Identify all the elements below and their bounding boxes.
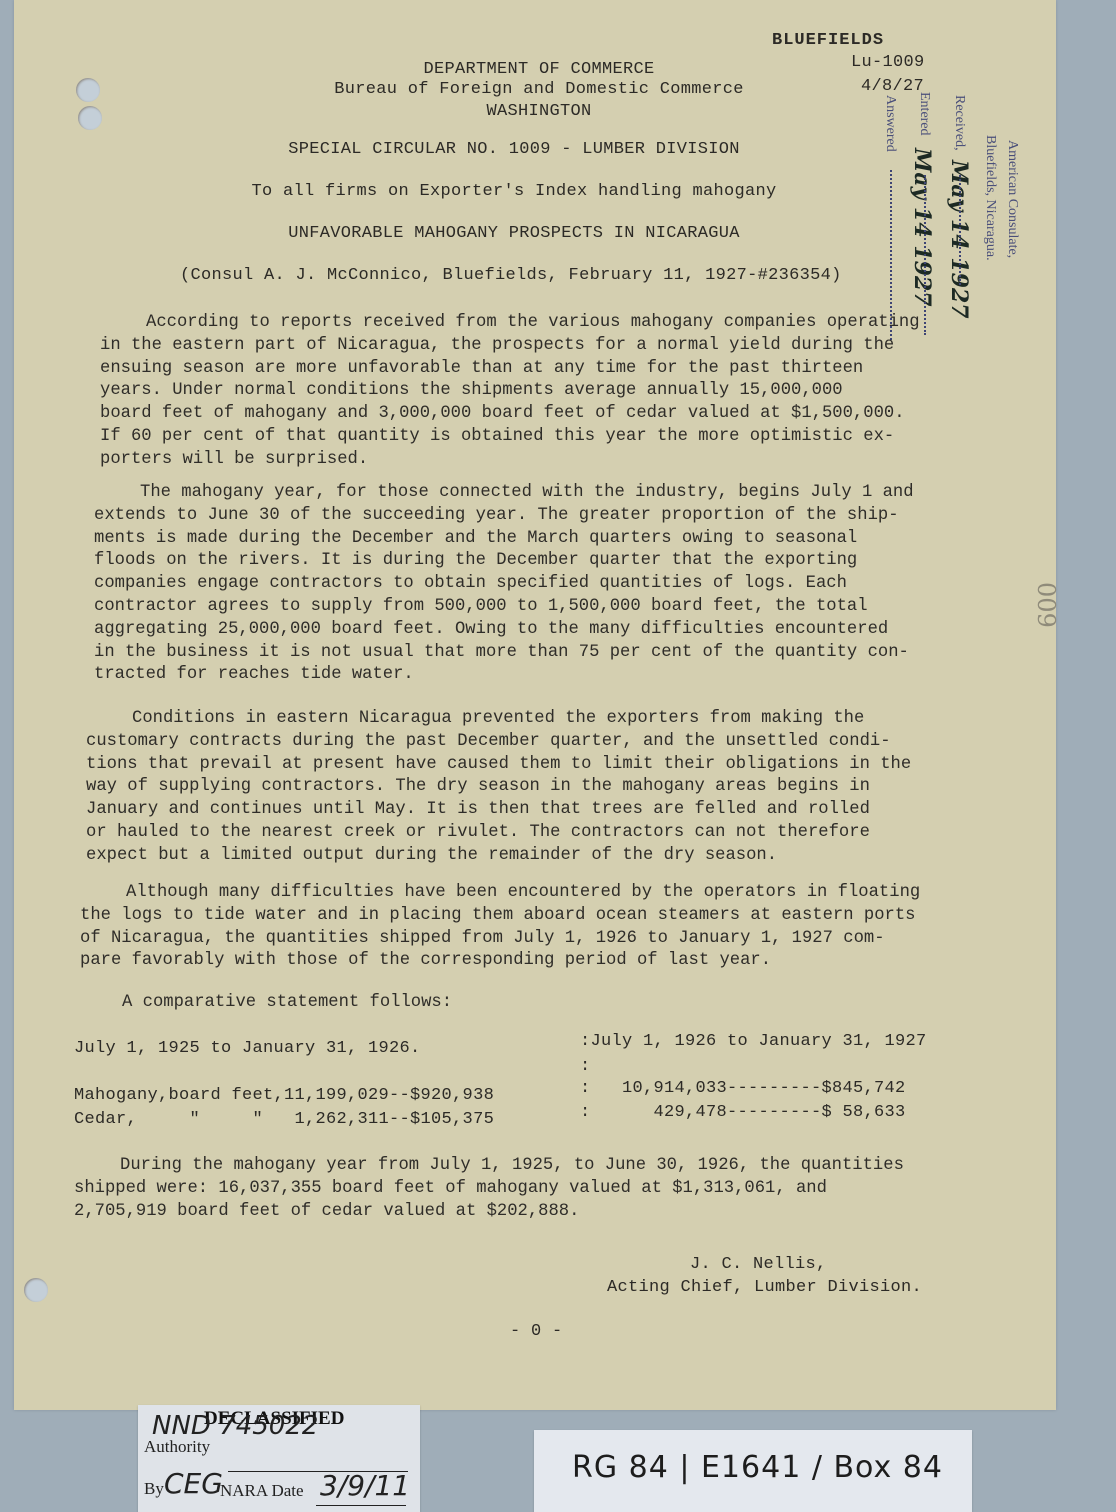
table-row-cedar-period-2: : 429,478---------$ 58,633 <box>580 1101 906 1124</box>
file-number: Lu-1009 <box>851 51 925 74</box>
table-header-period-1: July 1, 1925 to January 31, 1926. <box>74 1037 421 1060</box>
consulate-stamp-line2: Bluefields, Nicaragua. <box>982 135 998 261</box>
entered-label: Entered <box>916 92 932 136</box>
punch-hole <box>24 1278 48 1302</box>
archive-reference: RG 84 | E1641 / Box 84 <box>572 1450 943 1485</box>
bureau-heading: Bureau of Foreign and Domestic Commerce <box>294 78 784 101</box>
authority-value: NND 745022 <box>152 1411 318 1441</box>
answered-label: Answered <box>882 95 898 152</box>
punch-hole <box>76 78 100 102</box>
archive-label: RG 84 | E1641 / Box 84 <box>534 1430 972 1512</box>
table-row-mahogany-period-2: : 10,914,033---------$845,742 <box>580 1077 906 1100</box>
signature-title: Acting Chief, Lumber Division. <box>607 1276 922 1299</box>
paragraph-2: The mahogany year, for those connected w… <box>94 482 914 687</box>
consulate-stamp-line1: American Consulate, <box>1004 140 1020 258</box>
received-line <box>959 175 961 285</box>
paragraph-3: Conditions in eastern Nicaragua prevente… <box>86 708 911 868</box>
entered-date: May 14 1927 <box>909 148 935 307</box>
circular-subject: UNFAVORABLE MAHOGANY PROSPECTS IN NICARA… <box>164 222 864 245</box>
by-value: CEG <box>164 1467 223 1500</box>
paragraph-5: A comparative statement follows: <box>122 992 452 1015</box>
entered-line <box>924 175 926 335</box>
circular-source: (Consul A. J. McConnico, Bluefields, Feb… <box>180 264 842 287</box>
city-heading: WASHINGTON <box>314 100 764 123</box>
file-location: BLUEFIELDS <box>772 29 884 52</box>
circular-addressee: To all firms on Exporter's Index handlin… <box>164 180 864 203</box>
signature-name: J. C. Nellis, <box>690 1253 827 1276</box>
table-row-mahogany-period-1: Mahogany,board feet,11,199,029--$920,938 <box>74 1084 494 1107</box>
paragraph-4: Although many difficulties have been enc… <box>80 882 920 973</box>
date-value: 3/9/11 <box>320 1469 410 1502</box>
table-row-cedar-period-1: Cedar, " " 1,262,311--$105,375 <box>74 1108 494 1131</box>
table-separator: : <box>580 1055 591 1078</box>
received-label: Received, <box>951 95 967 151</box>
date-underline <box>316 1505 406 1506</box>
margin-pencil-note: 600 <box>1034 582 1062 628</box>
page-marker: - 0 - <box>510 1320 563 1343</box>
circular-title: SPECIAL CIRCULAR NO. 1009 - LUMBER DIVIS… <box>164 138 864 161</box>
punch-hole <box>78 106 102 130</box>
table-header-period-2: :July 1, 1926 to January 31, 1927 <box>580 1030 927 1053</box>
closing-paragraph: During the mahogany year from July 1, 19… <box>74 1155 904 1223</box>
paragraph-1: According to reports received from the v… <box>100 312 920 472</box>
by-label: By <box>144 1479 164 1499</box>
nara-date-label: NARA Date <box>220 1481 304 1501</box>
declassified-label: DECLASSIFIED Authority NND 745022 By CEG… <box>138 1405 420 1512</box>
document-page: DEPARTMENT OF COMMERCE Bureau of Foreign… <box>14 0 1056 1410</box>
